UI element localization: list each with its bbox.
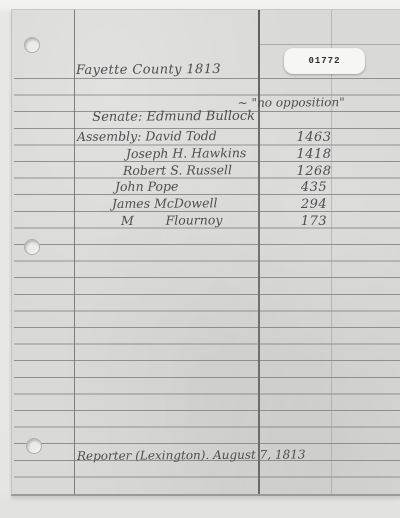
assembly-row: James McDowell [112,196,218,211]
assembly-row: Joseph H. Hawkins [126,146,246,161]
top-right-rule-line [258,44,400,45]
notebook-page: 01772 Fayette County 1813 Senate: Edmund… [11,9,400,496]
assembly-row: Assembly: David Todd [77,129,217,144]
left-margin-line [74,10,75,494]
assembly-votes: 294 [292,197,336,212]
catalog-number: 01772 [308,56,340,66]
assembly-row: John Pope [115,180,179,194]
assembly-votes: 173 [292,214,336,229]
punch-hole-bottom [26,438,42,454]
assembly-row: M Flournoy [121,213,223,228]
scanned-document-page: { "catalog": { "number": "01772" }, "tit… [0,0,400,518]
right-faint-line [331,10,332,494]
assembly-votes: 1418 [292,147,336,162]
page-title: Fayette County 1813 [76,63,221,78]
assembly-votes: 435 [292,180,336,195]
senate-label: Senate: Edmund Bullock [92,109,255,125]
punch-hole-top [24,37,40,53]
senate-note: ~ "no opposition" [238,95,345,110]
assembly-votes: 1463 [292,130,336,145]
page-fold-line [258,10,260,494]
catalog-number-sticker: 01772 [284,48,365,74]
punch-hole-middle [24,239,40,255]
assembly-row: Robert S. Russell [123,163,232,178]
assembly-votes: 1268 [292,164,336,179]
source-citation: Reporter (Lexington). August 7, 1813 [77,447,306,463]
